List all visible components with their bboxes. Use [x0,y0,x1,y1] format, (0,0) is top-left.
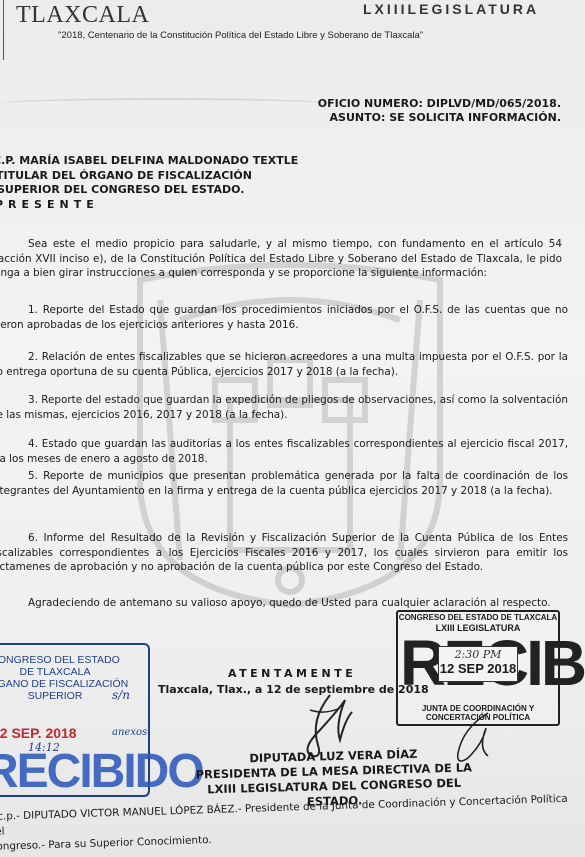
page-edge-line [3,0,4,60]
request-item-2: 2. Relación de entes fiscalizables que s… [0,350,568,379]
asunto: ASUNTO: SE SOLICITA INFORMACIÓN. [318,111,561,125]
page-curl-shadow [0,98,330,110]
reference-block: OFICIO NUMERO: DIPLVD/MD/065/2018. ASUNT… [318,97,561,125]
carbon-copy-block: c.c.p.- DIPUTADO VICTOR MANUEL LÓPEZ BÁE… [0,791,585,855]
presente: PRESENTE [0,198,298,213]
request-item-4: 4. Estado que guardan las auditorías a l… [0,437,568,466]
letterhead-city: TLAXCALA [16,2,149,29]
addressee-organization: SUPERIOR DEL CONGRESO DEL ESTADO. [0,183,298,198]
addressee-name: C.P. MARÍA ISABEL DELFINA MALDONADO TEXT… [0,154,298,169]
atentamente: ATENTAMENTE [228,667,356,680]
stamp-l-recibido: RECIBIDO [0,749,203,795]
addressee-block: C.P. MARÍA ISABEL DELFINA MALDONADO TEXT… [0,154,298,212]
stamp-l-line1: CONGRESO DEL ESTADO [0,655,148,667]
stamp-l-date: 12 SEP. 2018 [0,725,77,741]
stamp-r-time: 2:30 PM [439,648,517,661]
oficio-numero: OFICIO NUMERO: DIPLVD/MD/065/2018. [318,97,561,111]
reception-stamp-ofs: CONGRESO DEL ESTADO DE TLAXCALA ÓRGANO D… [0,643,150,797]
request-item-5: 5. Reporte de municipios que presentan p… [0,469,568,498]
stamp-l-handwritten-sn: s/n [112,688,130,702]
request-item-1: 1. Reporte del Estado que guardan los pr… [0,303,568,332]
stamp-r-datebox: 2:30 PM 12 SEP 2018 [438,646,518,682]
stamp-r-header1: CONGRESO DEL ESTADO DE TLAXCALA [398,613,558,622]
stamp-l-handwritten-anexos: anexos [112,727,147,738]
letterhead-legislature: LXIIILEGISLATURA [363,1,539,17]
stamp-r-date: 12 SEP 2018 [439,661,517,676]
request-item-6: 6. Informe del Resultado de la Revisión … [0,531,568,575]
closing-paragraph: Agradeciendo de antemano su valioso apoy… [0,596,570,611]
request-item-3: 3. Reporte del estado que guardan la exp… [0,393,568,422]
letterhead-motto: "2018, Centenario de la Constitución Pol… [58,30,423,41]
stamp-l-line2: DE TLAXCALA [0,667,148,679]
addressee-title: TITULAR DEL ÓRGANO DE FISCALIZACIÓN [0,169,298,184]
intro-paragraph: Sea este el medio propicio para saludarl… [0,237,562,281]
